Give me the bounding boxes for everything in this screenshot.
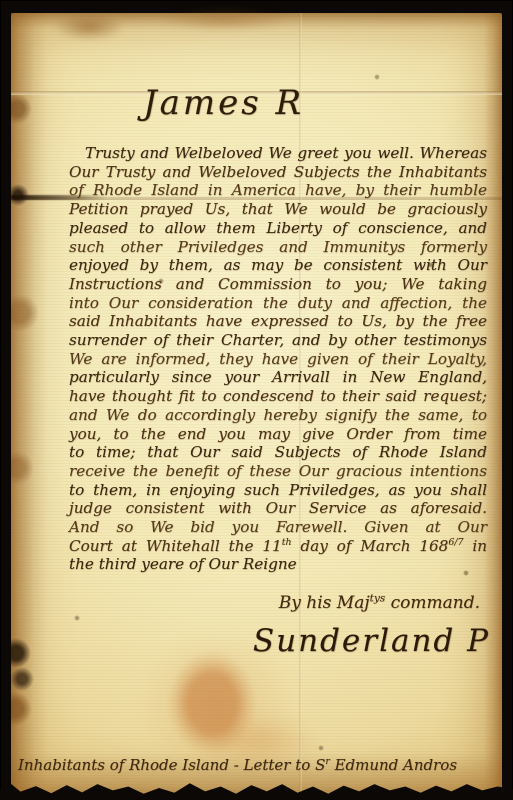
letter-line: Trusty and Welbeloved We greet you well.… <box>69 144 487 163</box>
letter-line: of Rhode Island in America have, by thei… <box>69 181 487 200</box>
letter-line: enjoyed by them, as may be consistent wi… <box>69 256 487 275</box>
archive-caption: Inhabitants of Rhode Island - Letter to … <box>18 756 457 774</box>
letter-line: surrender of their Charter, and by other… <box>69 331 487 350</box>
letter-line: such other Priviledges and Immunitys for… <box>69 238 487 257</box>
letter-line: and We do accordingly hereby signify the… <box>69 406 487 425</box>
letter-line: pleased to allow them Liberty of conscie… <box>69 219 487 238</box>
aged-left-edge <box>11 13 47 796</box>
letter-line: Instructions and Commission to you; We t… <box>69 275 487 294</box>
royal-signature: James R <box>143 83 304 123</box>
letter-line: judge consistent with Our Service as afo… <box>69 499 487 518</box>
letter-line: to them, in enjoying such Priviledges, a… <box>69 481 487 500</box>
letter-line: into Our consideration the duty and affe… <box>69 294 487 313</box>
stain-top-left <box>53 13 125 41</box>
letter-line: Our Trusty and Welbeloved Subjects the I… <box>69 163 487 182</box>
document-photo: James R Trusty and Welbeloved We greet y… <box>0 0 513 800</box>
letter-line: the third yeare of Our Reigne <box>69 555 487 574</box>
letter-line: to time; that Our said Subjects of Rhode… <box>69 443 487 462</box>
letter-line: receive the benefit of these Our graciou… <box>69 462 487 481</box>
aged-top-edge <box>11 13 502 29</box>
letter-body: Trusty and Welbeloved We greet you well.… <box>69 144 487 574</box>
letter-line: We are informed, they have given of thei… <box>69 350 487 369</box>
letter-line: Petition prayed Us, that We would be gra… <box>69 200 487 219</box>
letter-line: Court at Whitehall the 11th day of March… <box>69 537 487 556</box>
letter-line: said Inhabitants have expressed to Us, b… <box>69 312 487 331</box>
letter-line: have thought fit to condescend to their … <box>69 387 487 406</box>
letter-line: you, to the end you may give Order from … <box>69 425 487 444</box>
command-line: By his Majtys command. <box>279 593 480 613</box>
letter-line: And so We bid you Farewell. Given at Our <box>69 518 487 537</box>
parchment-document: James R Trusty and Welbeloved We greet y… <box>11 13 502 796</box>
minister-signature: Sunderland P <box>253 623 490 659</box>
letter-line: particularly since your Arrivall in New … <box>69 368 487 387</box>
seal-stain <box>168 651 256 755</box>
stain-top-center <box>159 9 289 31</box>
